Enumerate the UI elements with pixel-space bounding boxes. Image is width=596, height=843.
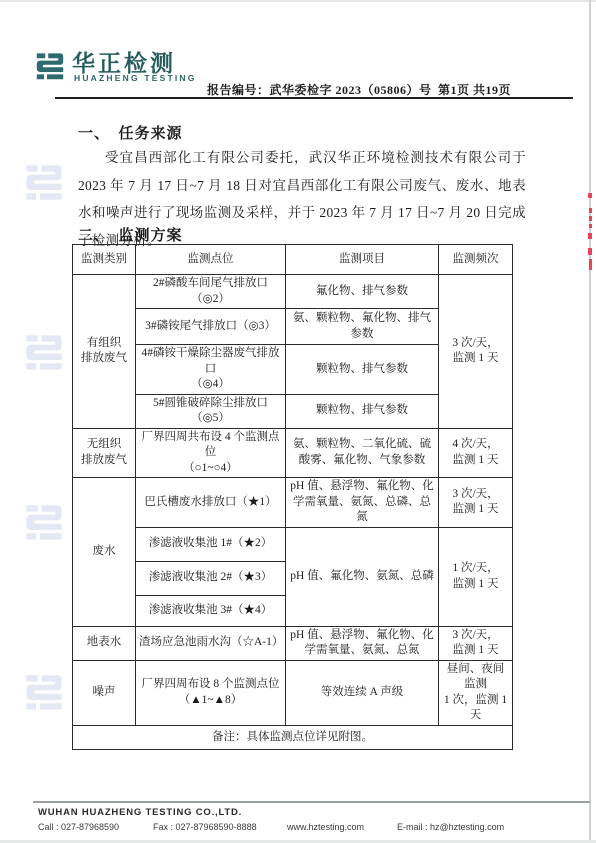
table-row: 噪声 厂界四周布设 8 个监测点位 （▲1~▲8） 等效连续 A 声级 昼间、夜… <box>73 660 513 725</box>
point-cell: 渗滤液收集池 1#（★2） <box>136 527 286 561</box>
items-cell: 氟化物、排气参数 <box>286 275 439 309</box>
items-cell: 氨、颗粒物、氟化物、排气参数 <box>286 309 439 345</box>
category-cell: 废水 <box>73 478 136 627</box>
point-cell: 巴氏槽废水排放口（★1） <box>136 478 286 528</box>
items-cell: 氨、颗粒物、二氧化硫、硫酸雾、氟化物、气象参数 <box>286 428 439 478</box>
point-cell: 3#磷铵尾气排放口（◎3） <box>136 309 286 345</box>
frequency-cell: 1 次/天， 监测 1 天 <box>439 527 513 626</box>
items-cell: pH 值、悬浮物、氟化物、化学需氧量、氨氮、总氮 <box>286 626 439 660</box>
page-indicator: 第1页 共19页 <box>438 81 511 98</box>
huazheng-logo-icon <box>35 49 65 83</box>
phone-number: Call : 027-87968590 <box>38 822 119 832</box>
point-cell: 渗滤液收集池 2#（★3） <box>136 561 286 595</box>
fax-number: Fax : 027-87968590-8888 <box>153 822 257 832</box>
items-cell: pH 值、悬浮物、氟化物、化学需氧量、氨氮、总磷、总氮 <box>286 478 439 528</box>
point-cell: 厂界四周共布设 4 个监测点位 （○1~○4） <box>136 428 286 478</box>
point-cell: 厂界四周布设 8 个监测点位 （▲1~▲8） <box>136 660 286 725</box>
table-header-point: 监测点位 <box>136 245 286 275</box>
table-header-row: 监测类别 监测点位 监测项目 监测频次 <box>73 245 513 275</box>
red-edge-mark <box>589 224 592 228</box>
footer-rule <box>33 801 590 803</box>
frequency-cell: 昼间、夜间监测 1 次，监测 1 天 <box>439 660 513 725</box>
red-edge-mark <box>589 259 592 270</box>
note-cell: 备注：具体监测点位详见附图。 <box>73 725 513 749</box>
point-cell: 渗滤液收集池 3#（★4） <box>136 595 286 626</box>
red-edge-mark <box>588 233 592 239</box>
table-row: 废水 巴氏槽废水排放口（★1） pH 值、悬浮物、氟化物、化学需氧量、氨氮、总磷… <box>73 478 513 528</box>
frequency-cell: 3 次/天， 监测 1 天 <box>439 478 513 528</box>
logo-text-en: HUAZHENG TESTING <box>74 73 197 83</box>
email-address: E-mail : hz@hztesting.com <box>397 822 504 832</box>
section-title-monitoring-plan: 二、 监测方案 <box>78 224 183 245</box>
watermark-logo-icon <box>24 500 64 544</box>
items-cell: 颗粒物、排气参数 <box>286 394 439 428</box>
table-note-row: 备注：具体监测点位详见附图。 <box>73 725 513 749</box>
table-row: 有组织 排放废气 2#磷酸车间尾气排放口（◎2） 氟化物、排气参数 3 次/天，… <box>73 275 513 309</box>
category-cell: 有组织 排放废气 <box>73 275 136 429</box>
table-row: 渗滤液收集池 1#（★2） pH 值、氟化物、氨氮、总磷 1 次/天， 监测 1… <box>73 527 513 561</box>
table-header-items: 监测项目 <box>286 245 439 275</box>
red-edge-mark <box>588 193 592 198</box>
category-cell: 噪声 <box>73 660 136 725</box>
red-edge-mark <box>589 208 592 213</box>
website-url: www.hztesting.com <box>287 822 364 832</box>
header-rule <box>55 97 573 99</box>
items-cell: 等效连续 A 声级 <box>286 660 439 725</box>
category-cell: 无组织 排放废气 <box>73 428 136 478</box>
frequency-cell: 3 次/天， 监测 1 天 <box>439 275 513 429</box>
table-header-frequency: 监测频次 <box>439 245 513 275</box>
watermark-logo-icon <box>24 330 64 374</box>
monitoring-table: 监测类别 监测点位 监测项目 监测频次 有组织 排放废气 2#磷酸车间尾气排放口… <box>72 244 513 750</box>
page-edge-line-right <box>589 0 591 843</box>
company-name: WUHAN HUAZHENG TESTING CO.,LTD. <box>38 807 242 818</box>
category-cell: 地表水 <box>73 626 136 660</box>
document-page: 华正检测 HUAZHENG TESTING 报告编号：武华委检字 2023（05… <box>0 0 596 843</box>
frequency-cell: 4 次/天， 监测 1 天 <box>439 428 513 478</box>
watermark-logo-icon <box>24 670 64 714</box>
report-number: 报告编号：武华委检字 2023（05806）号 <box>207 81 432 98</box>
table-row: 地表水 渣场应急池雨水沟（☆A-1） pH 值、悬浮物、氟化物、化学需氧量、氨氮… <box>73 626 513 660</box>
items-cell: 颗粒物、排气参数 <box>286 345 439 395</box>
red-edge-mark <box>589 216 592 221</box>
point-cell: 5#圆锥破碎除尘排放口（◎5） <box>136 394 286 428</box>
table-header-category: 监测类别 <box>73 245 136 275</box>
frequency-cell: 3 次/天， 监测 1 天 <box>439 626 513 660</box>
point-cell: 4#磷铵干燥除尘器废气排放口 （◎4） <box>136 345 286 395</box>
point-cell: 2#磷酸车间尾气排放口（◎2） <box>136 275 286 309</box>
point-cell: 渣场应急池雨水沟（☆A-1） <box>136 626 286 660</box>
table-row: 无组织 排放废气 厂界四周共布设 4 个监测点位 （○1~○4） 氨、颗粒物、二… <box>73 428 513 478</box>
section-title-task-source: 一、 任务来源 <box>78 122 183 143</box>
items-cell: pH 值、氟化物、氨氮、总磷 <box>286 527 439 626</box>
red-edge-mark <box>588 248 592 255</box>
watermark-logo-icon <box>24 160 64 204</box>
page-edge-line-top <box>0 0 596 2</box>
